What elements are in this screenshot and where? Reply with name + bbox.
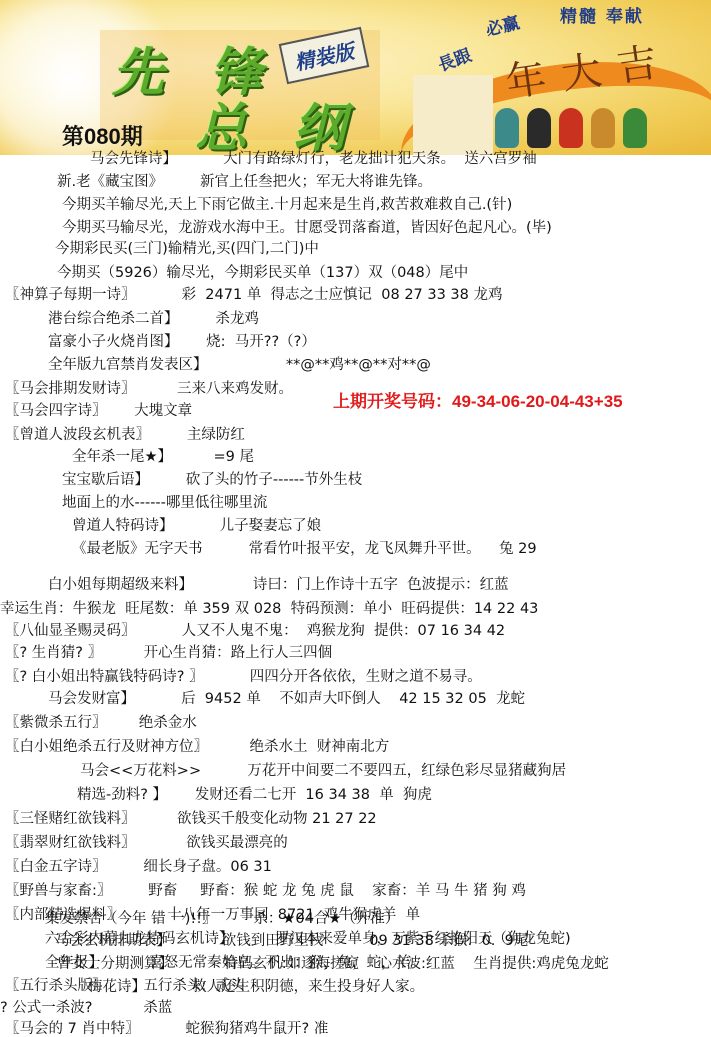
- slogan-small: 長跟: [434, 41, 475, 76]
- mascot-icon: [591, 108, 615, 148]
- text-line: 〖白小姐绝杀五行及财神方位〗 绝杀水土 财神南北方: [5, 738, 389, 756]
- slogan-left: 必赢: [482, 8, 521, 40]
- mascot-icon: [623, 108, 647, 148]
- text-line: 马会先锋诗】 大门有路绿灯行，老龙拙计犯天条。 送六宫罗袖: [90, 150, 537, 168]
- mascot-icon: [527, 108, 551, 148]
- text-line: 今期彩民买(三门)输精光,买(四门,二门)中: [55, 240, 319, 258]
- text-line: 〖马会排期发财诗〗 三来八来鸡发财。: [5, 380, 293, 398]
- text-line: 幸运生肖：牛猴龙 旺尾数：单 359 双 028 特码预测：单小 旺码提供：14…: [0, 600, 538, 618]
- text-line: 富豪小子火烧肖图】 烧: 马开??（?）: [48, 333, 316, 351]
- text-line: 今期买马输尽光，龙游戏水海中王。甘愿受罚落畜道，皆因好色起凡心。(毕): [62, 219, 552, 237]
- text-line: 〖马会四字诗〗 大塊文章: [5, 402, 192, 420]
- mascot-group: [495, 108, 647, 148]
- text-line: 精选-劲料? 】 发财还看二七开 16 34 38 单 狗虎: [77, 786, 432, 804]
- issue-number: 第080期: [62, 120, 143, 151]
- header-banner: 先 锋 总 纲 精装版 第080期 必赢 精髓 奉献 長跟 年大吉: [0, 0, 711, 155]
- text-line: 《最老版》无字天书 常看竹叶报平安，龙飞凤舞升平世。 兔 29: [72, 540, 537, 558]
- text-line: 〖三怪赌红欲钱料〗 欲钱买千般变化动物 21 27 22: [5, 810, 377, 828]
- text-line: 〖白金五字诗〗 细长身子盘。06 31: [5, 858, 272, 876]
- text-line: 〖翡翠财红欲钱料〗 欲钱买最漂亮的: [5, 834, 288, 852]
- mascot-icon: [559, 108, 583, 148]
- text-line: 港台综合绝杀二首】 杀龙鸡: [48, 310, 259, 328]
- text-line: 马会玄机排期表】 欲钱到田野里找 09 31 38 杀猴: 0. 9尾: [55, 932, 528, 950]
- text-line: 地面上的水------哪里低往哪里流: [62, 494, 267, 512]
- text-line: 集发禁合（今年 错 一)!!〗 杀：★04合★（开准）: [45, 910, 399, 928]
- text-line: 宝宝歇后语】 砍了头的竹子------节外生枝: [62, 471, 362, 489]
- text-line: 今期买羊输尽光,天上下雨它做主.十月起来是生肖,救苦救难救自己.(针): [62, 196, 512, 214]
- text-line: 全年版九宫禁肖发表区】 **@**鸡**@**对**@: [48, 356, 431, 374]
- text-line: 〖野兽与家畜:〗 野畜 野畜：猴 蛇 龙 兔 虎 鼠 家畜：羊 马 牛 猪 狗 …: [5, 882, 526, 900]
- text-line: 〖? 白小姐出特赢钱特码诗? 〗 四四分开各依依，生财之道不易寻。: [5, 668, 482, 686]
- title-line-2: 总 纲: [195, 86, 359, 155]
- text-line: 曾道人特码诗】 儿子娶妻忘了娘: [72, 517, 321, 535]
- last-draw-numbers: 上期开奖号码：49-34-06-20-04-43+35: [333, 387, 623, 412]
- text-line: 今期买（5926）输尽光，今期彩民买单（137）双（048）尾中: [57, 264, 468, 282]
- text-line: 马会发财富】 后 9452 单 不如声大吓倒人 42 15 32 05 龙蛇: [48, 690, 525, 708]
- text-line: 〖五行杀头版〗 五行杀头: 贰头: [5, 977, 244, 995]
- text-line: 〖八仙显圣赐灵码〗 人又不人鬼不鬼： 鸡猴龙狗 提供：07 16 34 42: [5, 622, 505, 640]
- text-line: 全年杀一尾★】 =9 尾: [72, 448, 254, 466]
- text-line: 白小姐每期超级来料】 诗曰：门上作诗十五字 色波提示：红蓝: [48, 576, 509, 594]
- text-line: 〖? 生肖猜? 〗 开心生肖猜：路上行人三四個: [5, 644, 332, 662]
- text-line: 〖神算子每期一诗〗 彩 2471 单 得志之士应慎记 08 27 33 38 龙…: [5, 286, 503, 304]
- banner-blank-patch: [413, 75, 493, 155]
- text-line: 〖曾道人波段玄机表〗 主绿防红: [5, 426, 245, 444]
- text-line: 〖紫微杀五行〗 绝杀金水: [5, 714, 197, 732]
- mascot-icon: [495, 108, 519, 148]
- text-line: 新.老《藏宝图》 新官上任叁把火；军无大将谁先锋。: [57, 173, 432, 191]
- slogan-top: 精髓 奉献: [560, 2, 644, 27]
- text-line: ? 公式一杀波? 杀蓝: [0, 999, 172, 1017]
- text-line: 曾女士分期测算】 特码玄机:如逐海搓窥 心水波:红蓝 生肖提供:鸡虎兔龙蛇: [57, 955, 609, 973]
- text-line: 马会<<万花料>> 万花开中间要二不要四五，红绿色彩尽显猪藏狗居: [80, 762, 566, 780]
- text-line: 〖马会的 7 肖中特〗 蛇猴狗猪鸡牛鼠开? 准: [5, 1020, 328, 1037]
